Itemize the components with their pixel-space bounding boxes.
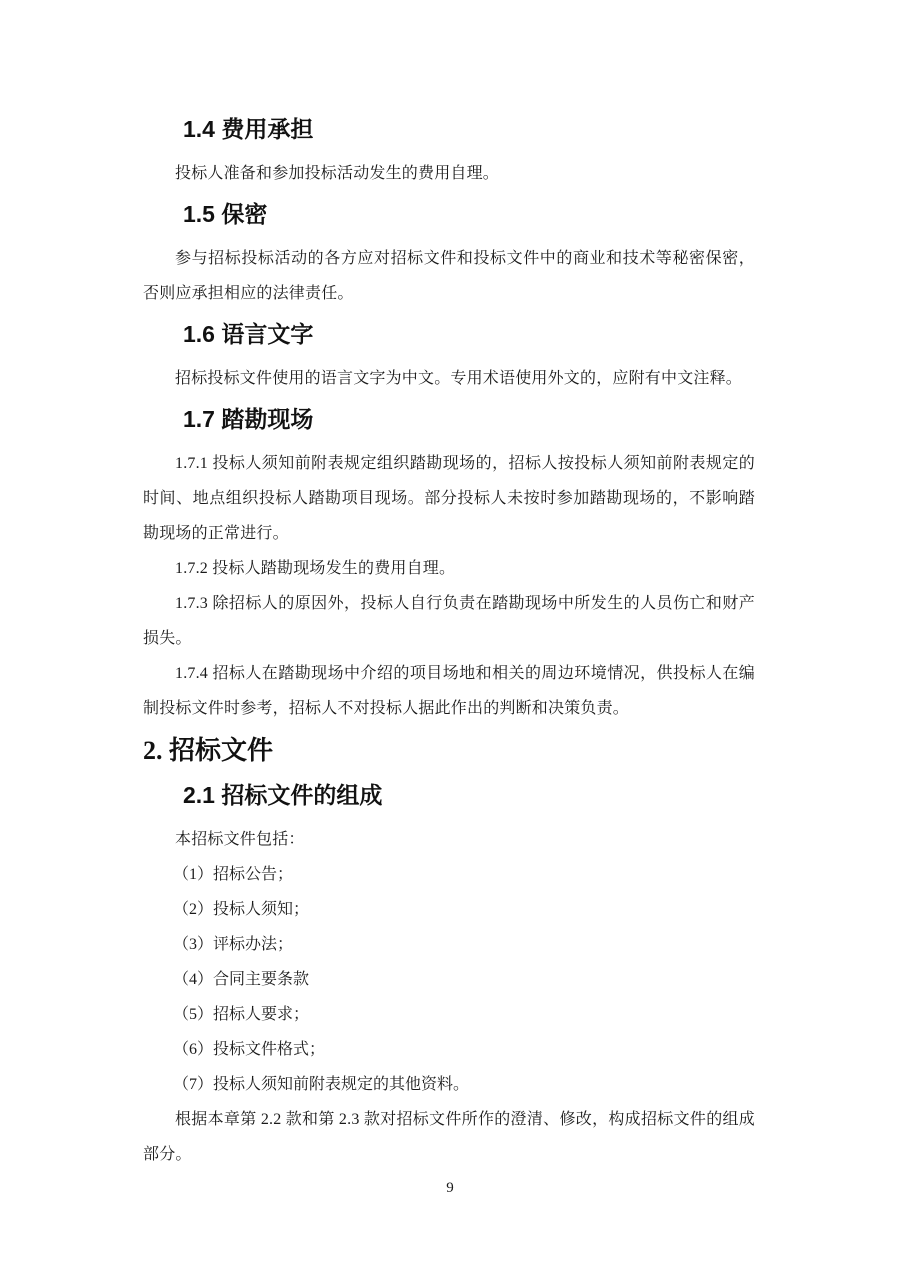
section-heading-costs: 1.4 费用承担 — [143, 114, 755, 144]
section-heading-site-visit: 1.7 踏勘现场 — [143, 404, 755, 434]
list-item-contract-terms: （4）合同主要条款 — [143, 962, 755, 997]
paragraph-clarifications: 根据本章第 2.2 款和第 2.3 款对招标文件所作的澄清、修改，构成招标文件的… — [143, 1102, 755, 1172]
list-item-bid-format: （6）投标文件格式； — [143, 1032, 755, 1067]
document-page: 1.4 费用承担 投标人准备和参加投标活动发生的费用自理。 1.5 保密 参与招… — [0, 0, 900, 1272]
list-item-other-materials: （7）投标人须知前附表规定的其他资料。 — [143, 1067, 755, 1102]
paragraph-costs: 投标人准备和参加投标活动发生的费用自理。 — [143, 156, 755, 191]
paragraph-confidentiality: 参与招标投标活动的各方应对招标文件和投标文件中的商业和技术等秘密保密，否则应承担… — [143, 241, 755, 311]
chapter-heading-bidding-documents: 2. 招标文件 — [143, 734, 755, 768]
paragraph-site-visit-3: 1.7.3 除招标人的原因外，投标人自行负责在踏勘现场中所发生的人员伤亡和财产损… — [143, 586, 755, 656]
page-number: 9 — [0, 1178, 900, 1198]
paragraph-composition-intro: 本招标文件包括： — [143, 822, 755, 857]
document-content: 1.4 费用承担 投标人准备和参加投标活动发生的费用自理。 1.5 保密 参与招… — [143, 106, 755, 1172]
list-item-evaluation-method: （3）评标办法； — [143, 927, 755, 962]
paragraph-site-visit-2: 1.7.2 投标人踏勘现场发生的费用自理。 — [143, 551, 755, 586]
list-item-bidder-instructions: （2）投标人须知； — [143, 892, 755, 927]
section-heading-confidentiality: 1.5 保密 — [143, 199, 755, 229]
section-heading-composition: 2.1 招标文件的组成 — [143, 780, 755, 810]
list-item-announcement: （1）招标公告； — [143, 857, 755, 892]
paragraph-language: 招标投标文件使用的语言文字为中文。专用术语使用外文的，应附有中文注释。 — [143, 361, 755, 396]
list-item-tenderer-requirements: （5）招标人要求； — [143, 997, 755, 1032]
section-heading-language: 1.6 语言文字 — [143, 319, 755, 349]
paragraph-site-visit-4: 1.7.4 招标人在踏勘现场中介绍的项目场地和相关的周边环境情况，供投标人在编制… — [143, 656, 755, 726]
paragraph-site-visit-1: 1.7.1 投标人须知前附表规定组织踏勘现场的，招标人按投标人须知前附表规定的时… — [143, 446, 755, 551]
